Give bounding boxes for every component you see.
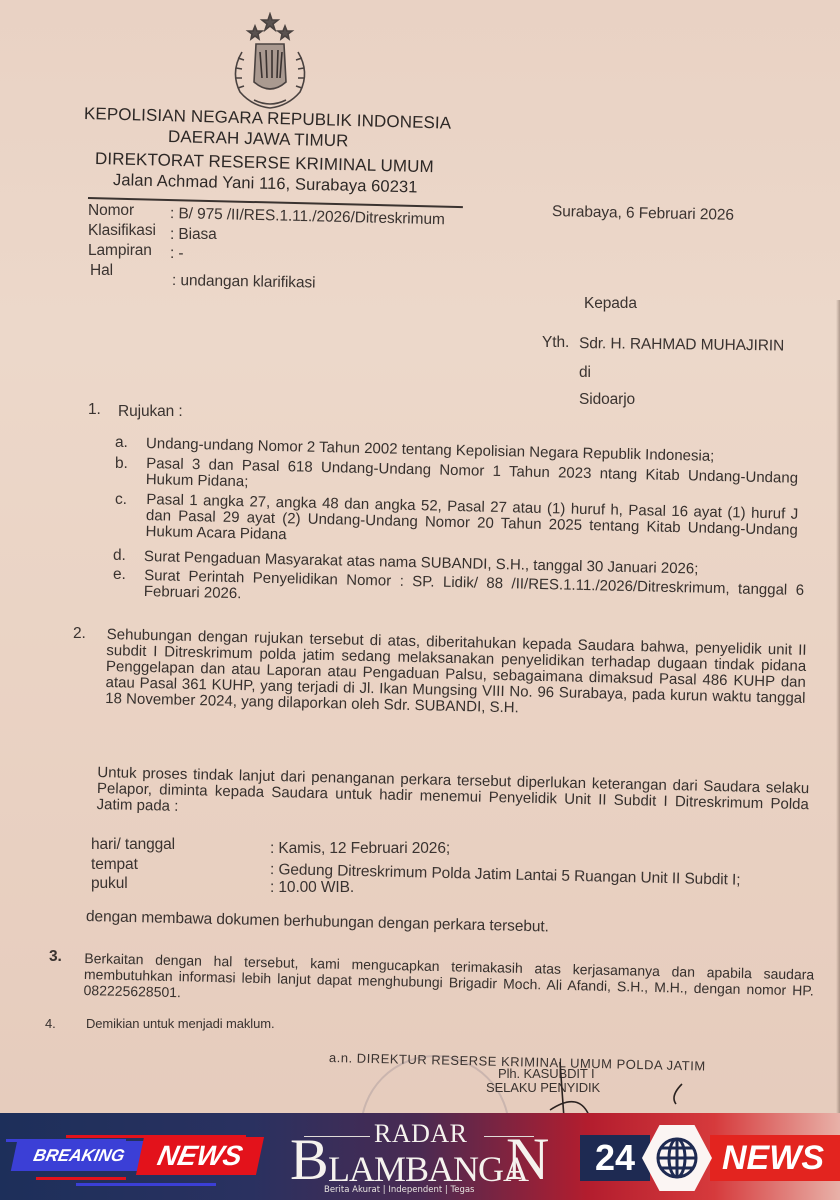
news2-label: NEWS: [710, 1135, 840, 1181]
section3-number: 3.: [49, 948, 62, 966]
ref-a-letter: a.: [115, 434, 128, 452]
ref-e-letter: e.: [113, 566, 126, 584]
radar-label: RADAR: [374, 1119, 468, 1149]
date-place: Surabaya, 6 Februari 2026: [552, 203, 734, 225]
police-crest-icon: [222, 12, 318, 112]
schedule-value-time: : 10.00 WIB.: [270, 879, 354, 897]
section2-followup: Untuk proses tindak lanjut dari penangan…: [96, 765, 809, 829]
section4-text: Demikian untuk menjadi maklum.: [86, 1016, 274, 1031]
ref-b-letter: b.: [115, 455, 128, 473]
hal-label: Hal: [90, 262, 113, 280]
ref-c-text: Pasal 1 angka 27, angka 48 dan angka 52,…: [145, 492, 798, 555]
blambangan-b: B: [290, 1131, 329, 1189]
lampiran-value: : -: [170, 245, 183, 263]
section2-number: 2.: [73, 625, 86, 643]
section3-text: Berkaitan dengan hal tersebut, kami meng…: [83, 950, 814, 1015]
ref-c-letter: c.: [115, 491, 127, 509]
schedule-label-time: pukul: [91, 875, 128, 893]
breaking-news-logo: BREAKING NEWS: [6, 1133, 266, 1183]
klasifikasi-label: Klasifikasi: [88, 222, 156, 240]
schedule-value-date: : Kamis, 12 Februari 2026;: [270, 840, 450, 858]
schedule-label-date: hari/ tanggal: [91, 836, 175, 854]
nomor-label: Nomor: [88, 202, 134, 220]
blambangan-mid: LAMBANGA: [328, 1151, 528, 1187]
lampiran-label: Lampiran: [88, 242, 152, 260]
section2-closing: dengan membawa dokumen berhubungan denga…: [86, 908, 549, 936]
ref-d-letter: d.: [113, 547, 126, 565]
globe-badge: [642, 1125, 712, 1191]
letterhead-line2: DAERAH JAWA TIMUR: [168, 127, 349, 151]
recipient-yth: Yth.: [542, 334, 569, 352]
recipient-name: Sdr. H. RAHMAD MUHAJIRIN: [579, 335, 784, 356]
radar-blambangan-logo: RADAR B LAMBANGA N Berita Akurat | Indep…: [284, 1117, 564, 1197]
section4-number: 4.: [45, 1016, 56, 1031]
24-label: 24: [580, 1135, 650, 1181]
section1-number: 1.: [88, 401, 101, 419]
klasifikasi-value: : Biasa: [170, 226, 217, 244]
hal-value: : undangan klarifikasi: [172, 272, 316, 293]
recipient-di: di: [579, 364, 591, 382]
breaking-label: BREAKING: [11, 1141, 147, 1171]
24-news-logo: 24 NEWS: [580, 1135, 840, 1181]
news-label: NEWS: [136, 1137, 264, 1175]
schedule-label-place: tempat: [91, 856, 138, 874]
recipient-kepada: Kepada: [584, 295, 637, 313]
section2-text: Sehubungan dengan rujukan tersebut di at…: [105, 627, 807, 723]
recipient-city: Sidoarjo: [579, 391, 635, 409]
globe-icon: [654, 1135, 700, 1181]
section1-title: Rujukan :: [118, 403, 183, 421]
blambangan-n: N: [506, 1129, 549, 1189]
news-banner: BREAKING NEWS RADAR B LAMBANGA N Berita …: [0, 1113, 840, 1200]
tagline: Berita Akurat | Independent | Tegas: [324, 1185, 474, 1195]
letter-paper: KEPOLISIAN NEGARA REPUBLIK INDONESIA DAE…: [0, 0, 840, 1113]
signature-scribble-icon: [520, 1060, 700, 1113]
